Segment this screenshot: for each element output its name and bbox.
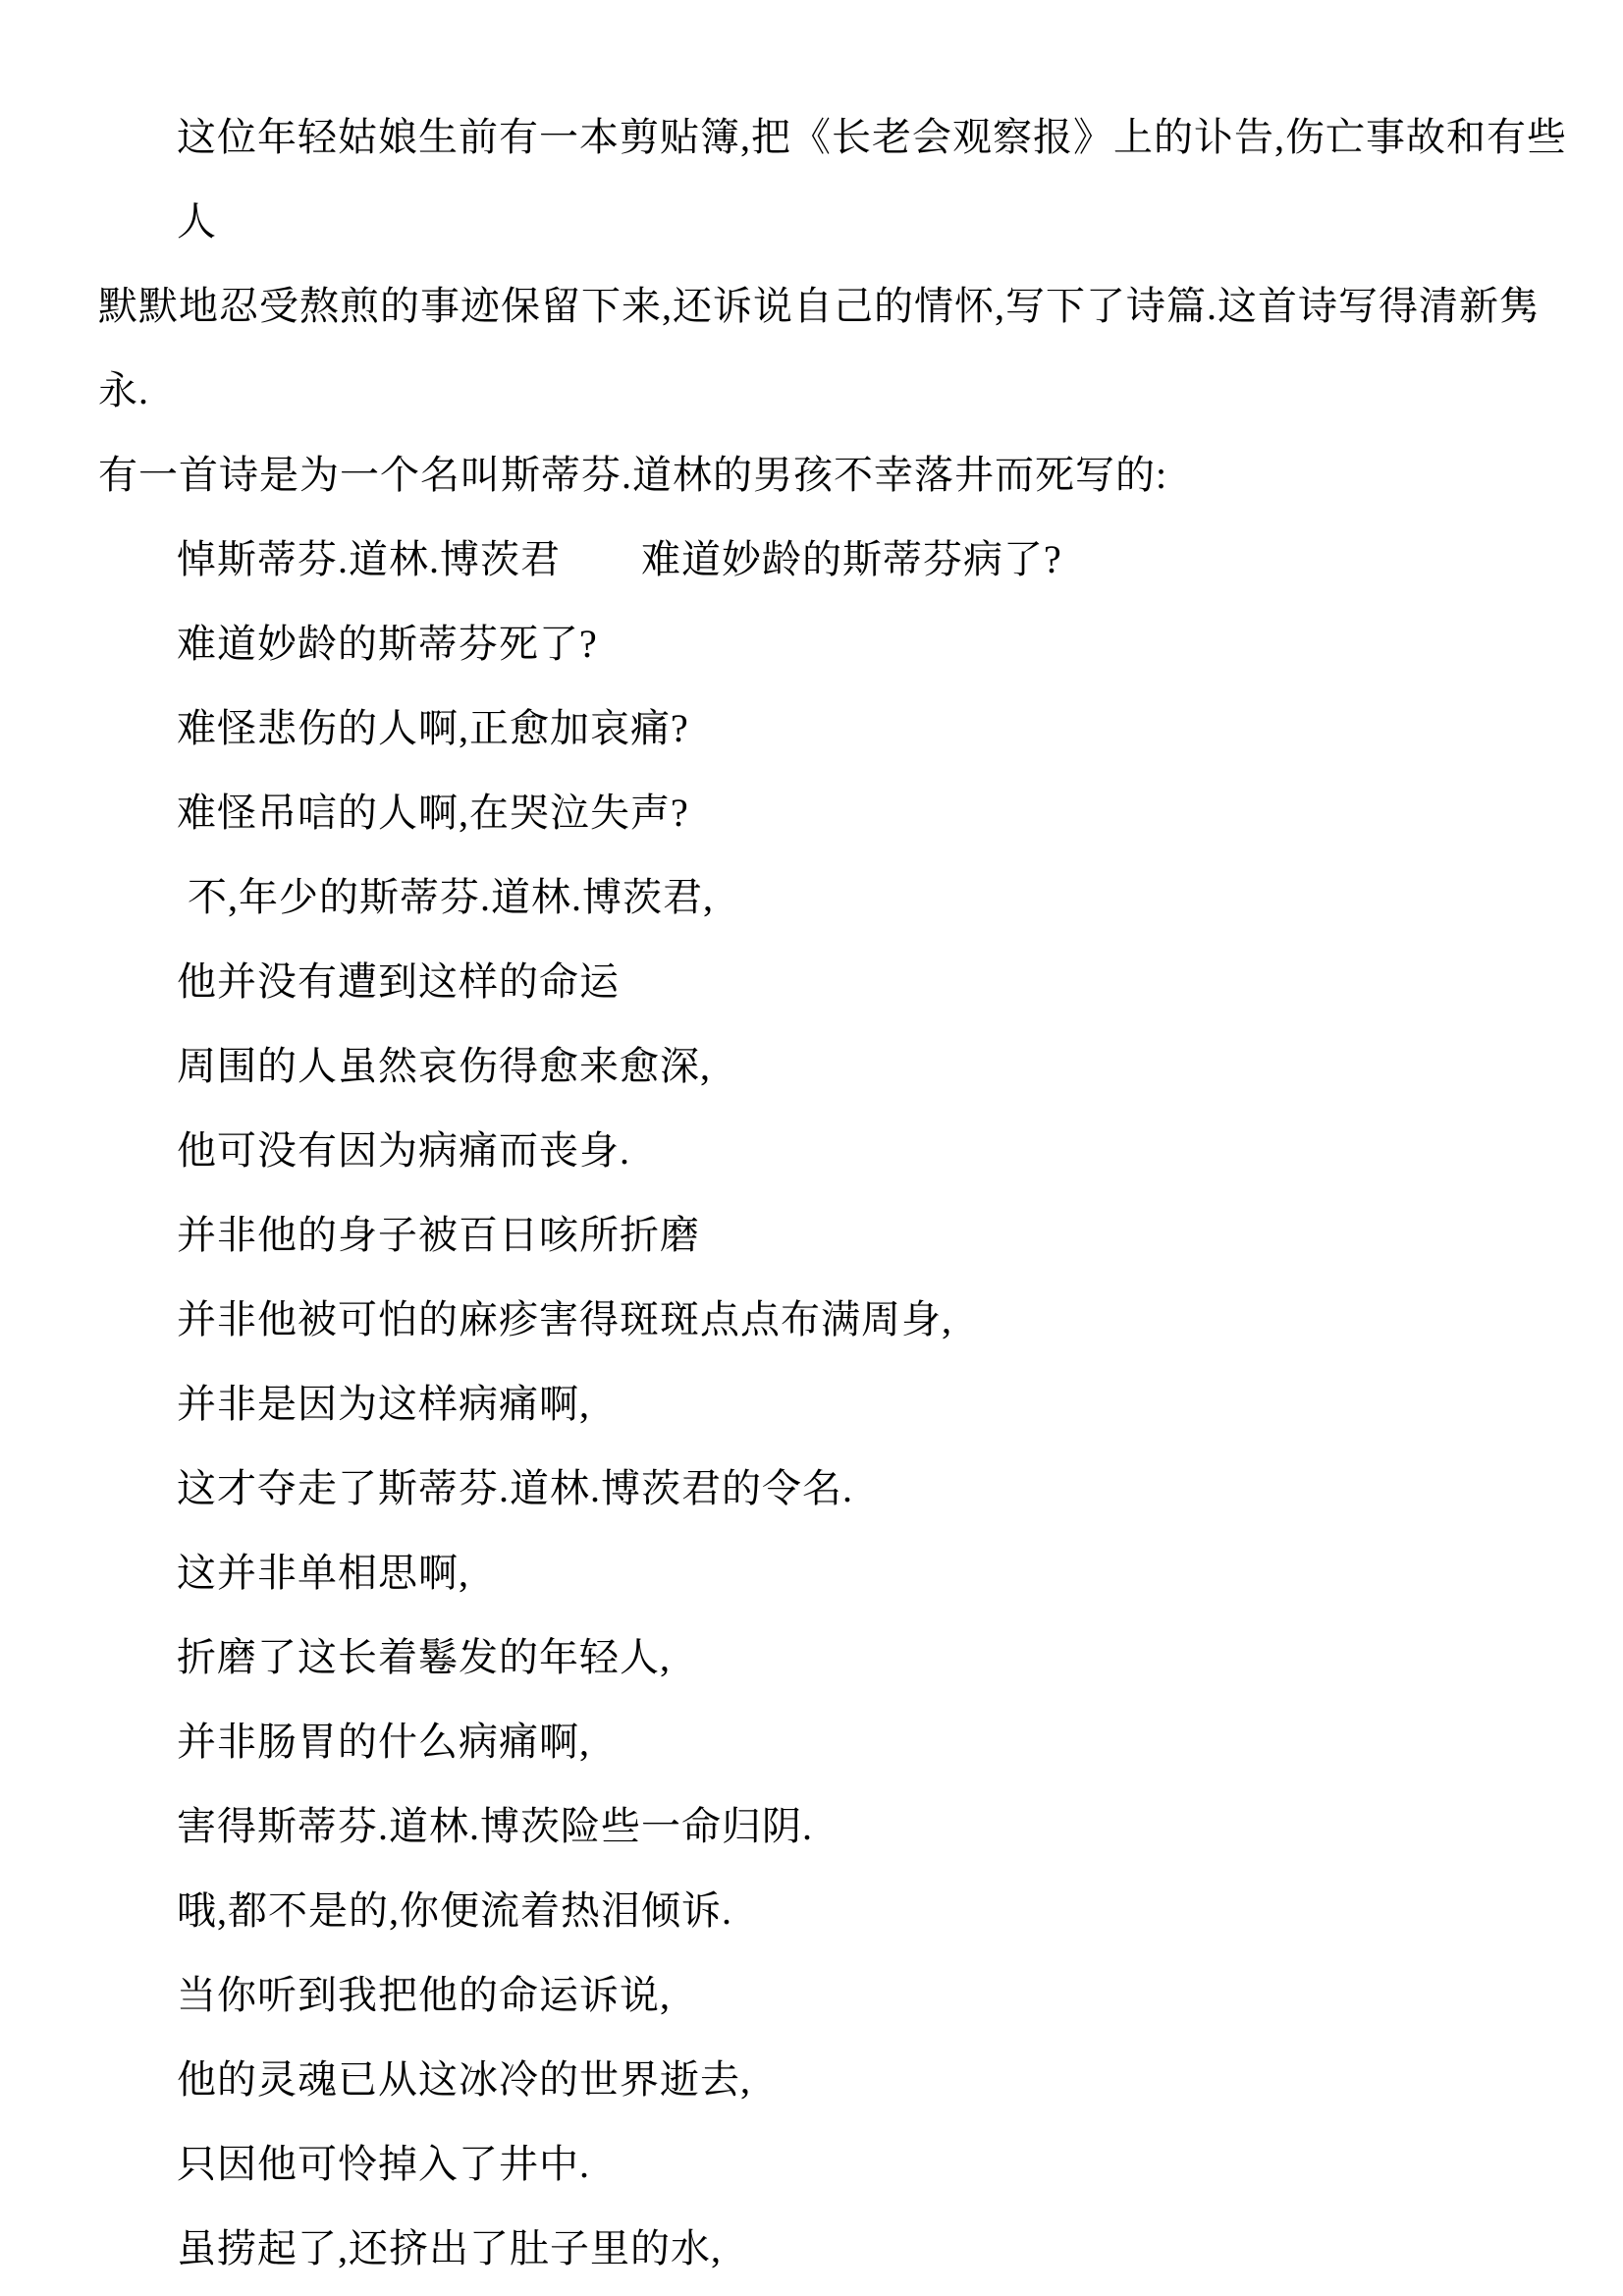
poem-line: 难怪悲伤的人啊,正愈加哀痛? [98, 686, 1579, 771]
poem-line: 周围的人虽然哀伤得愈来愈深, [98, 1024, 1579, 1109]
poem-line: 并非肠胃的什么病痛啊, [98, 1700, 1579, 1784]
document-page: 这位年轻姑娘生前有一本剪贴簿,把《长老会观察报》上的讣告,伤亡事故和有些人默默地… [0, 0, 1623, 2296]
poem-line: 折磨了这长着鬈发的年轻人, [98, 1615, 1579, 1700]
poem-line: 悼斯蒂芬.道林.博茨君 难道妙龄的斯蒂芬病了? [98, 518, 1579, 602]
poem-line: 哦,都不是的,你便流着热泪倾诉. [98, 1869, 1579, 1953]
poem-line: 这并非单相思啊, [98, 1531, 1579, 1615]
poem-line: 难道妙龄的斯蒂芬死了? [98, 602, 1579, 686]
poem-line: 他的灵魂已从这冰冷的世界逝去, [98, 2038, 1579, 2122]
elegy-poem: 悼斯蒂芬.道林.博茨君 难道妙龄的斯蒂芬病了?难道妙龄的斯蒂芬死了?难怪悲伤的人… [98, 518, 1579, 2291]
poem-line: 只因他可怜掉入了井中. [98, 2122, 1579, 2207]
poem-line: 这才夺走了斯蒂芬.道林.博茨君的令名. [98, 1447, 1579, 1531]
poem-line: 难怪吊唁的人啊,在哭泣失声? [98, 771, 1579, 855]
prose-line: 有一首诗是为一个名叫斯蒂芬.道林的男孩不幸落井而死写的: [98, 433, 1579, 518]
poem-line: 不,年少的斯蒂芬.道林.博茨君, [98, 855, 1579, 940]
poem-line: 害得斯蒂芬.道林.博茨险些一命归阴. [98, 1784, 1579, 1869]
intro-paragraph: 这位年轻姑娘生前有一本剪贴簿,把《长老会观察报》上的讣告,伤亡事故和有些人默默地… [98, 95, 1579, 518]
poem-line: 他可没有因为病痛而丧身. [98, 1109, 1579, 1193]
prose-line: 默默地忍受熬煎的事迹保留下来,还诉说自己的情怀,写下了诗篇.这首诗写得清新隽永. [98, 264, 1579, 433]
prose-line: 这位年轻姑娘生前有一本剪贴簿,把《长老会观察报》上的讣告,伤亡事故和有些人 [98, 95, 1579, 264]
poem-line: 并非他的身子被百日咳所折磨 [98, 1193, 1579, 1278]
poem-line: 虽捞起了,还挤出了肚子里的水, [98, 2207, 1579, 2291]
poem-line: 并非他被可怕的麻疹害得斑斑点点布满周身, [98, 1278, 1579, 1362]
poem-line: 他并没有遭到这样的命运 [98, 940, 1579, 1024]
poem-line: 并非是因为这样病痛啊, [98, 1362, 1579, 1447]
poem-line: 当你听到我把他的命运诉说, [98, 1953, 1579, 2038]
